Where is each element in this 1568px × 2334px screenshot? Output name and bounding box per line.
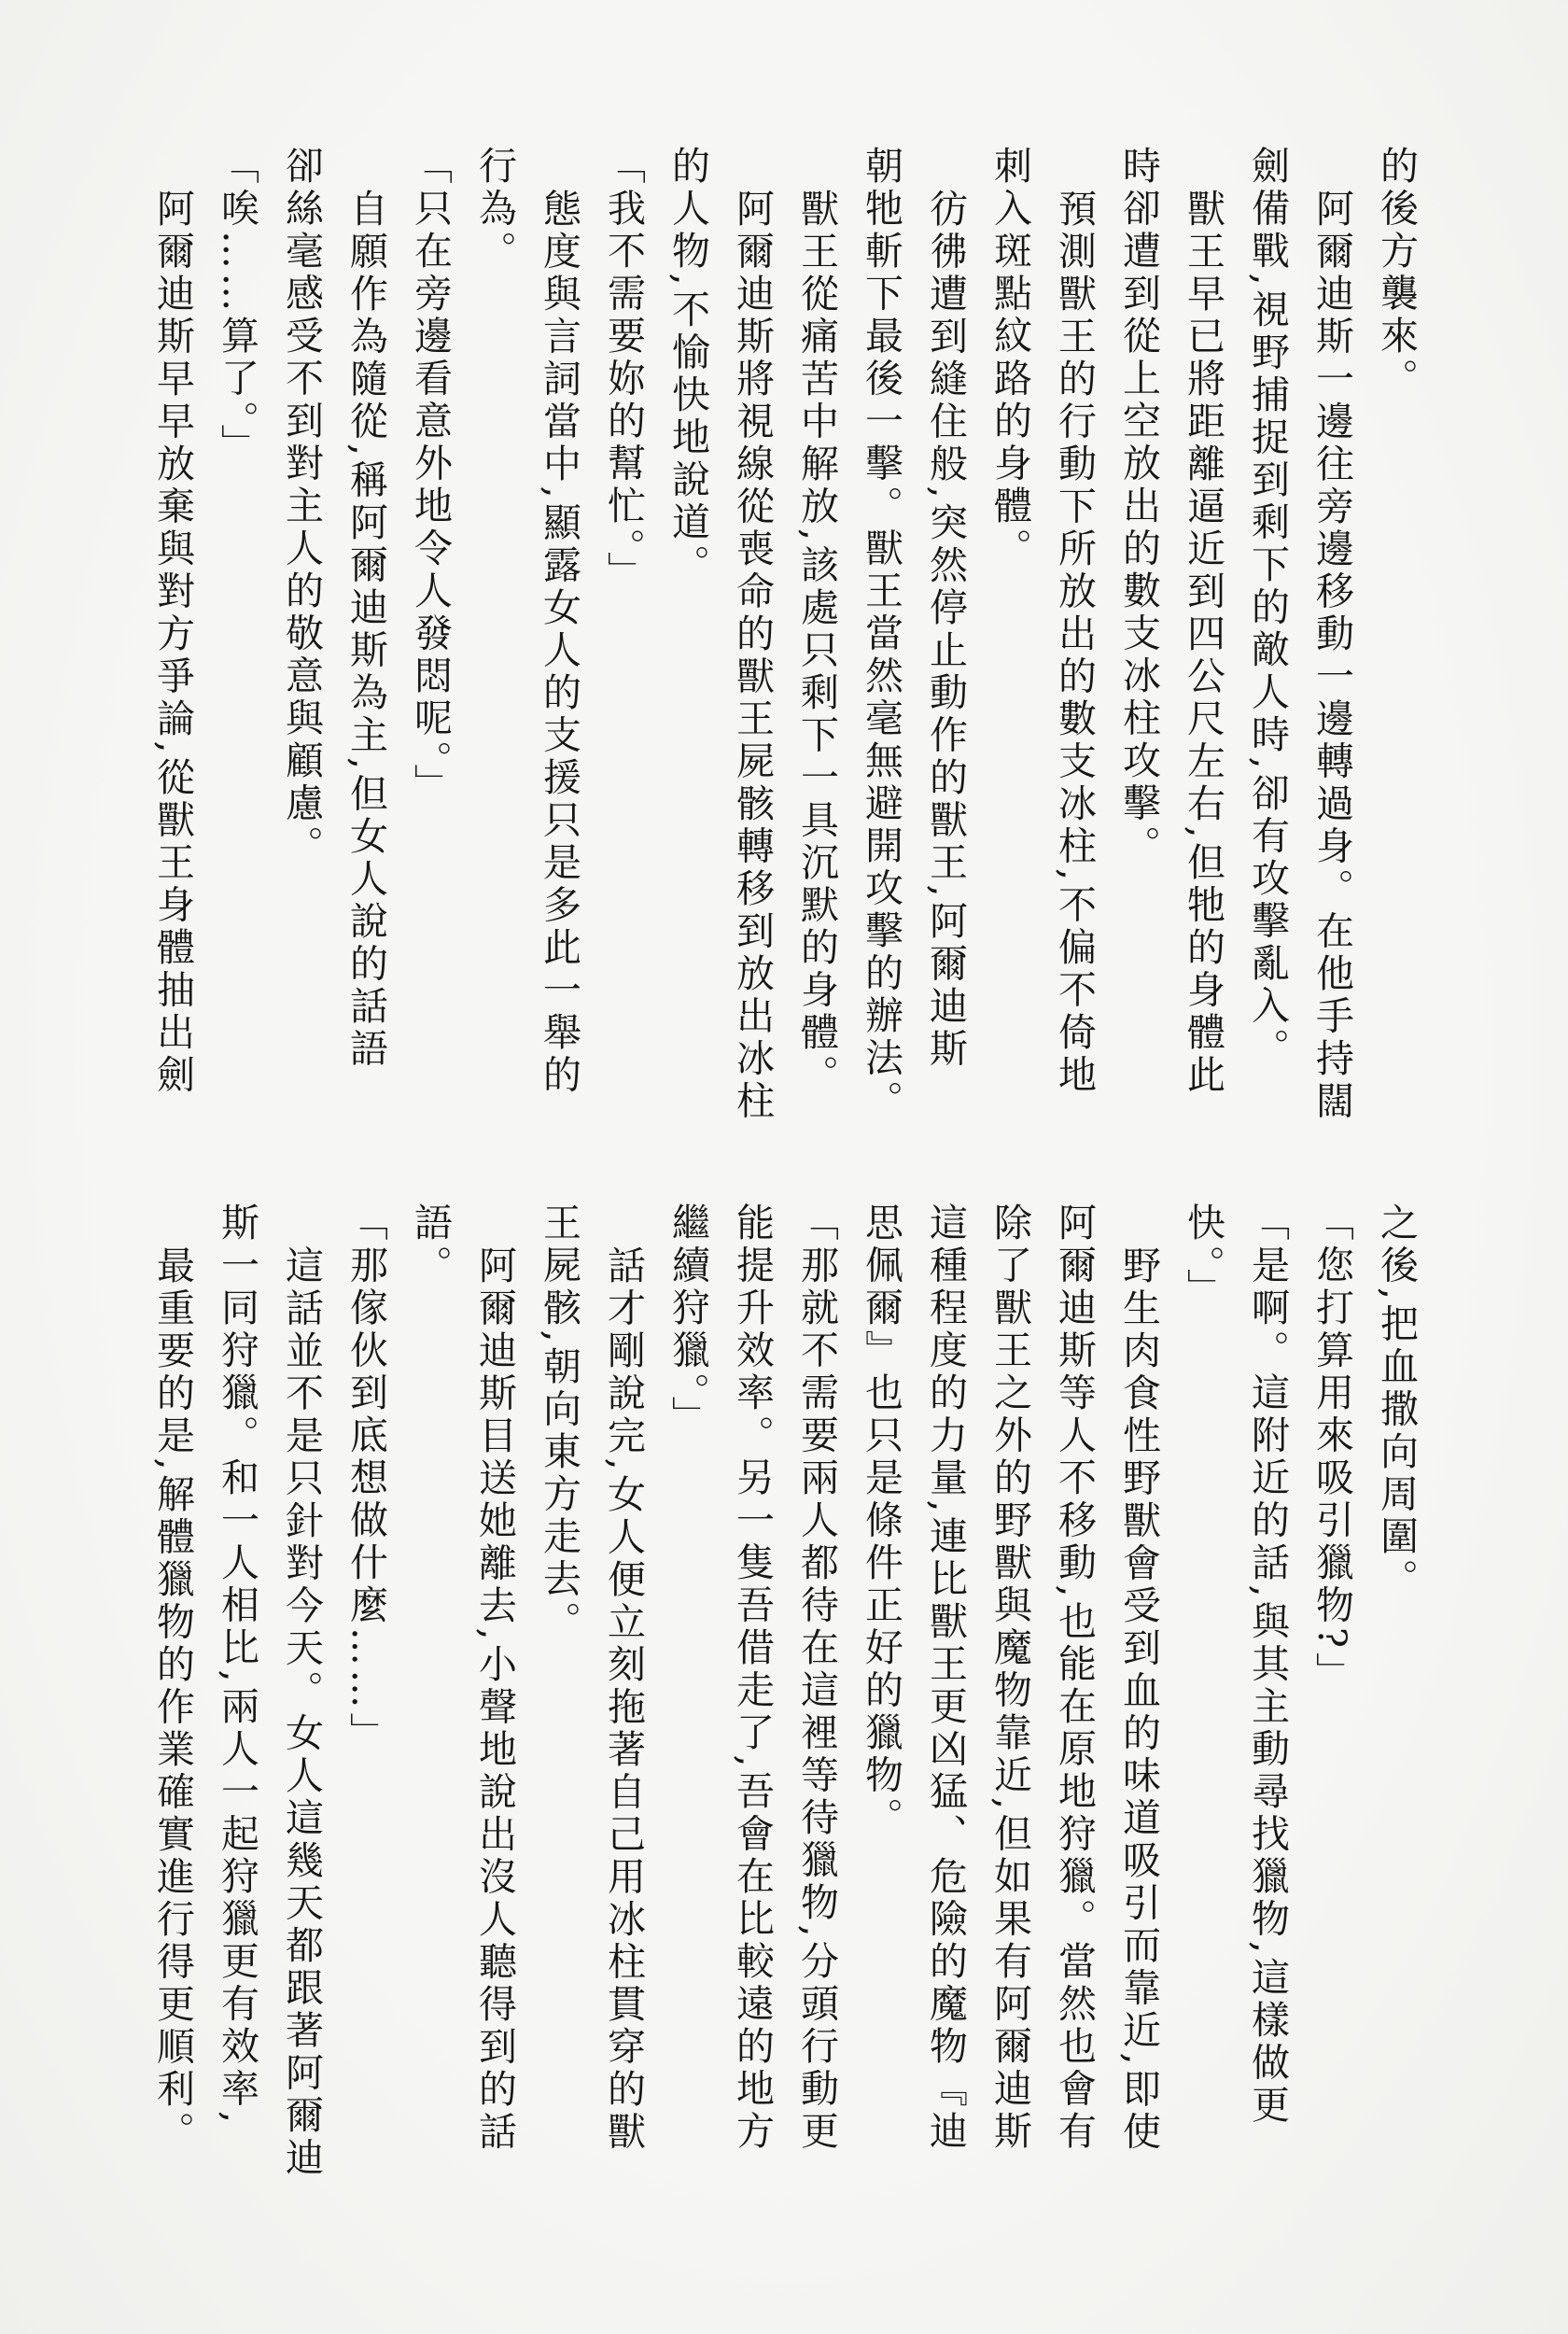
text-column: 彷彿遭到縫住般,突然停止動作的獸王,阿爾迪斯 xyxy=(913,146,977,1128)
text-column: 思佩爾』也只是條件正好的獵物。 xyxy=(848,1202,913,2185)
text-column: 除了獸王之外的野獸與魔物靠近,但如果有阿爾迪斯 xyxy=(977,1202,1042,2185)
text-column: 繼續狩獵。」 xyxy=(655,1202,720,2185)
text-column: 「那傢伙到底想做什麼……」 xyxy=(333,1202,398,2185)
text-column: 「那就不需要兩人都待在這裡等待獵物,分頭行動更 xyxy=(784,1202,848,2185)
text-column: 「唉……算了。」 xyxy=(204,146,269,1128)
book-page: 的後方襲來。阿爾迪斯一邊往旁邊移動一邊轉過身。在他手持闊劍備戰,視野捕捉到剩下的… xyxy=(0,0,1568,2334)
text-column: 預測獸王的行動下所放出的數支冰柱,不偏不倚地 xyxy=(1042,146,1106,1128)
text-column: 的人物,不愉快地說道。 xyxy=(655,146,720,1128)
text-column: 阿爾迪斯將視線從喪命的獸王屍骸轉移到放出冰柱 xyxy=(720,146,784,1128)
text-column: 朝牠斬下最後一擊。獸王當然毫無避開攻擊的辦法。 xyxy=(848,146,913,1128)
text-column: 阿爾迪斯一邊往旁邊移動一邊轉過身。在他手持闊 xyxy=(1299,146,1364,1128)
text-column: 最重要的是,解體獵物的作業確實進行得更順利。 xyxy=(140,1202,204,2185)
text-column: 時卻遭到從上空放出的數支冰柱攻擊。 xyxy=(1106,146,1170,1128)
text-column: 的後方襲來。 xyxy=(1364,146,1428,1128)
text-column: 態度與言詞當中,顯露女人的支援只是多此一舉的 xyxy=(526,146,591,1128)
text-column: 阿爾迪斯等人不移動,也能在原地狩獵。當然也會有 xyxy=(1042,1202,1106,2185)
text-column: 行為。 xyxy=(462,146,526,1128)
text-column: 野生肉食性野獸會受到血的味道吸引而靠近,即使 xyxy=(1106,1202,1170,2185)
text-column: 王屍骸,朝向東方走去。 xyxy=(526,1202,591,2185)
text-column: 能提升效率。另一隻吾借走了,吾會在比較遠的地方 xyxy=(720,1202,784,2185)
text-column: 之後,把血撒向周圍。 xyxy=(1364,1202,1428,2185)
text-column: 阿爾迪斯早早放棄與對方爭論,從獸王身體抽出劍 xyxy=(140,146,204,1128)
text-column: 獸王從痛苦中解放,該處只剩下一具沉默的身體。 xyxy=(784,146,848,1128)
text-block-bottom: 之後,把血撒向周圍。「您打算用來吸引獵物?」「是啊。這附近的話,與其主動尋找獵物… xyxy=(140,1202,1428,2185)
text-column: 「只在旁邊看意外地令人發悶呢。」 xyxy=(398,146,462,1128)
text-column: 這話並不是只針對今天。女人這幾天都跟著阿爾迪 xyxy=(269,1202,333,2185)
text-column: 快。」 xyxy=(1170,1202,1235,2185)
text-column: 這種程度的力量,連比獸王更凶猛、危險的魔物『迪 xyxy=(913,1202,977,2185)
text-column: 自願作為隨從,稱阿爾迪斯為主,但女人說的話語 xyxy=(333,146,398,1128)
text-column: 語。 xyxy=(398,1202,462,2185)
text-column: 獸王早已將距離逼近到四公尺左右,但牠的身體此 xyxy=(1170,146,1235,1128)
text-column: 斯一同狩獵。和一人相比,兩人一起狩獵更有效率, xyxy=(204,1202,269,2185)
text-column: 「您打算用來吸引獵物?」 xyxy=(1299,1202,1364,2185)
text-column: 話才剛說完,女人便立刻拖著自己用冰柱貫穿的獸 xyxy=(591,1202,655,2185)
text-block-top: 的後方襲來。阿爾迪斯一邊往旁邊移動一邊轉過身。在他手持闊劍備戰,視野捕捉到剩下的… xyxy=(140,146,1428,1128)
text-column: 劍備戰,視野捕捉到剩下的敵人時,卻有攻擊亂入。 xyxy=(1235,146,1299,1128)
text-column: 卻絲毫感受不到對主人的敬意與顧慮。 xyxy=(269,146,333,1128)
text-column: 「我不需要妳的幫忙。」 xyxy=(591,146,655,1128)
text-column: 刺入斑點紋路的身體。 xyxy=(977,146,1042,1128)
text-column: 阿爾迪斯目送她離去,小聲地說出沒人聽得到的話 xyxy=(462,1202,526,2185)
text-column: 「是啊。這附近的話,與其主動尋找獵物,這樣做更 xyxy=(1235,1202,1299,2185)
